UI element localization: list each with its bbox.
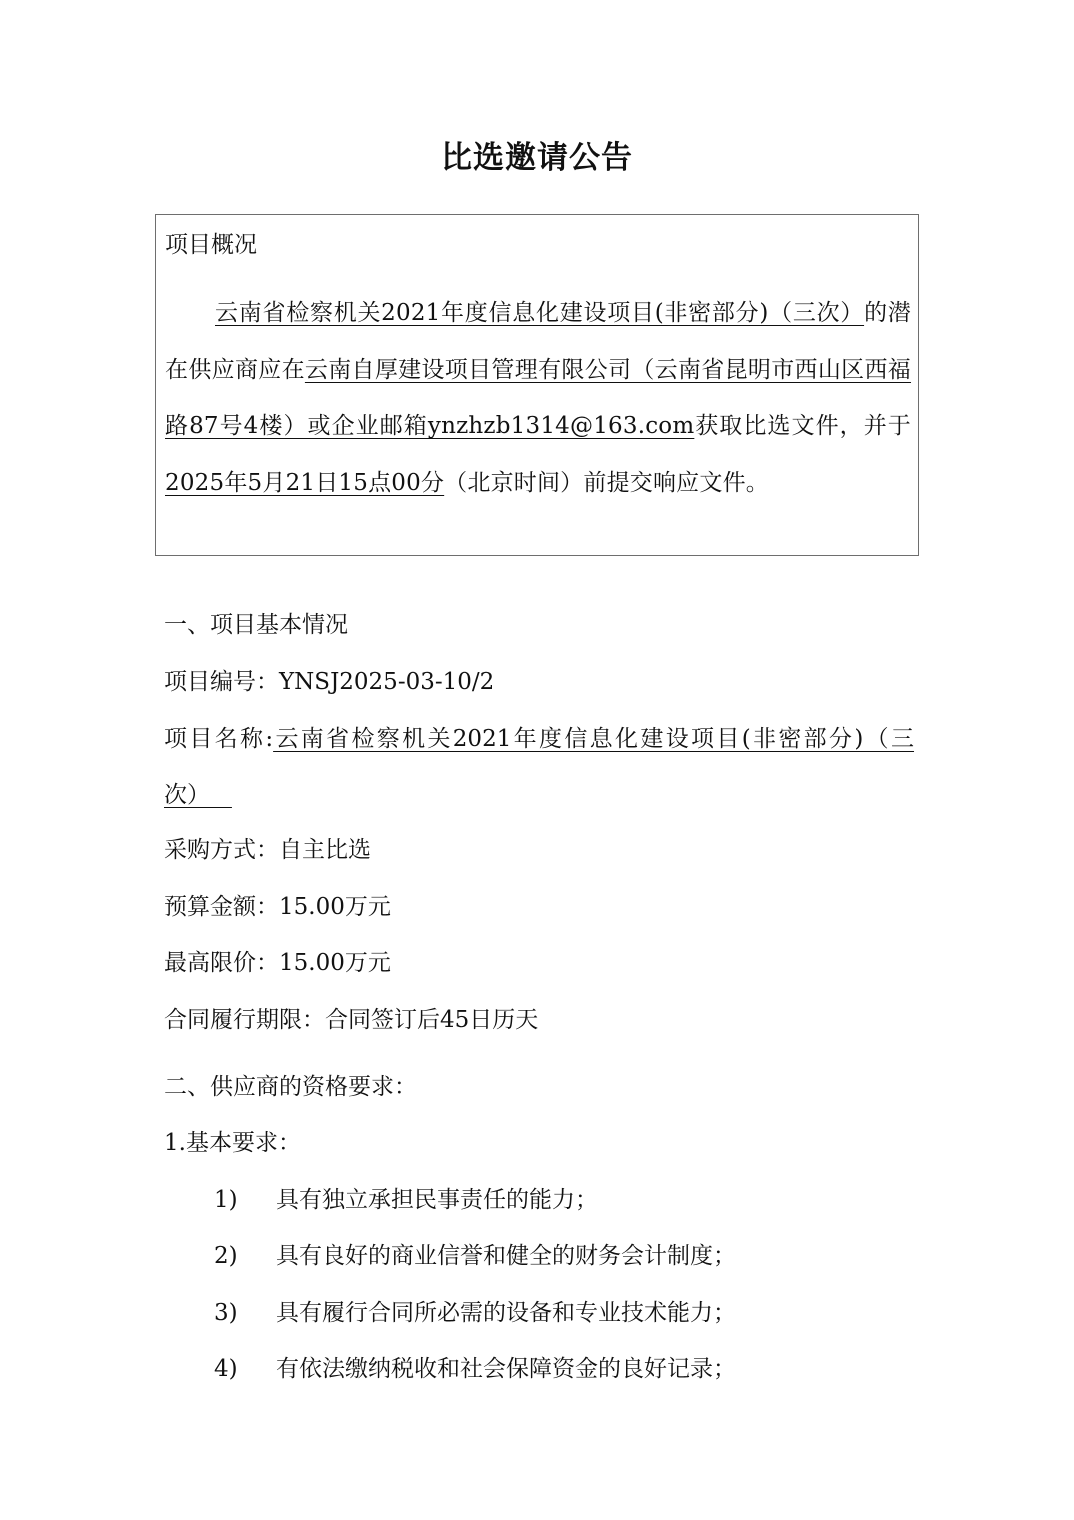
requirement-number: 1) [214, 1184, 276, 1216]
requirement-text: 具有独立承担民事责任的能力； [276, 1187, 598, 1213]
procurement-method-value: 自主比选 [279, 837, 371, 863]
project-number-label: 项目编号： [164, 669, 279, 695]
max-price-label: 最高限价： [164, 950, 279, 976]
overview-heading: 项目概况 [165, 229, 257, 261]
project-number-value: YNSJ2025-03-10/2 [279, 669, 494, 695]
project-name-value: 云南省检察机关2021年度信息化建设项目(非密部分)（三次） [164, 726, 914, 808]
requirement-text: 有依法缴纳税收和社会保障资金的良好记录； [276, 1356, 736, 1382]
contract-period-label: 合同履行期限： [164, 1007, 325, 1033]
budget-label: 预算金额： [164, 894, 279, 920]
overview-paragraph: 云南省检察机关2021年度信息化建设项目(非密部分)（三次）的潜在供应商应在云南… [165, 285, 911, 511]
procurement-method-label: 采购方式： [164, 837, 279, 863]
project-name-row: 项目名称:云南省检察机关2021年度信息化建设项目(非密部分)（三次） [164, 711, 914, 823]
section-1-heading: 一、项目基本情况 [164, 609, 348, 641]
budget-value: 15.00万元 [279, 894, 391, 920]
procurement-method-row: 采购方式：自主比选 [164, 834, 371, 866]
requirement-item: 4)有依法缴纳税收和社会保障资金的良好记录； [214, 1353, 736, 1385]
requirement-item: 3)具有履行合同所必需的设备和专业技术能力； [214, 1297, 736, 1329]
requirement-number: 2) [214, 1240, 276, 1272]
overview-project-name: 云南省检察机关2021年度信息化建设项目(非密部分)（三次） [215, 300, 864, 326]
overview-deadline: 2025年5月21日15点00分 [165, 470, 444, 496]
requirement-text: 具有履行合同所必需的设备和专业技术能力； [276, 1300, 736, 1326]
budget-row: 预算金额：15.00万元 [164, 891, 391, 923]
project-overview-box: 项目概况 云南省检察机关2021年度信息化建设项目(非密部分)（三次）的潜在供应… [155, 214, 919, 556]
project-name-label: 项目名称: [164, 726, 273, 752]
requirement-text: 具有良好的商业信誉和健全的财务会计制度； [276, 1243, 736, 1269]
page-title: 比选邀请公告 [0, 136, 1074, 180]
overview-text-3: （北京时间）前提交响应文件。 [444, 470, 769, 496]
project-name-trailing-space [210, 782, 232, 808]
requirement-item: 2)具有良好的商业信誉和健全的财务会计制度； [214, 1240, 736, 1272]
contract-period-value: 合同签订后45日历天 [325, 1007, 538, 1033]
requirement-number: 4) [214, 1353, 276, 1385]
overview-text-2: 获取比选文件，并于 [694, 413, 911, 439]
contract-period-row: 合同履行期限：合同签订后45日历天 [164, 1004, 538, 1036]
section-2-heading: 二、供应商的资格要求： [164, 1071, 417, 1103]
basic-requirements-heading: 1.基本要求： [164, 1127, 301, 1159]
requirement-number: 3) [214, 1297, 276, 1329]
requirement-item: 1)具有独立承担民事责任的能力； [214, 1184, 598, 1216]
project-number-row: 项目编号：YNSJ2025-03-10/2 [164, 666, 494, 698]
max-price-value: 15.00万元 [279, 950, 391, 976]
max-price-row: 最高限价：15.00万元 [164, 947, 391, 979]
